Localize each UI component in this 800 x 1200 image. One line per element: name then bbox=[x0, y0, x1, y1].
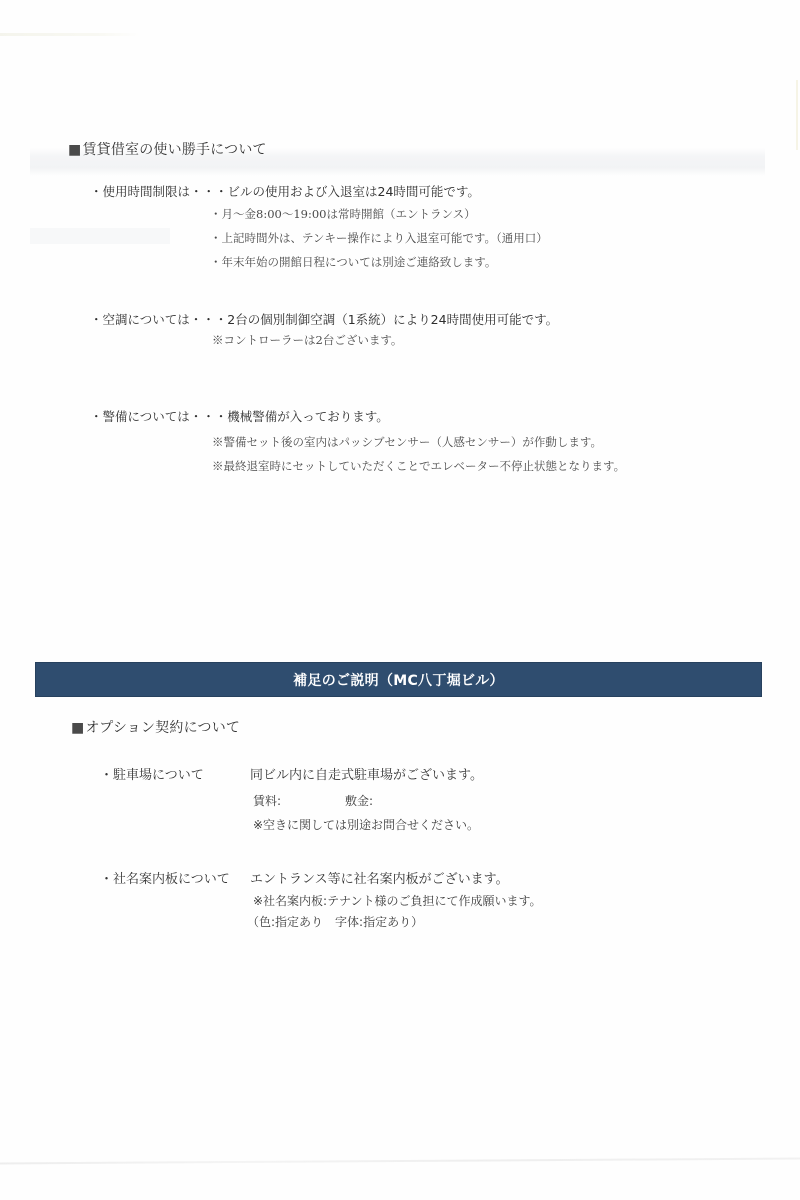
parking-fee-label: 賃料: bbox=[253, 792, 281, 809]
air-conditioning-note: ※コントローラーは2台ございます。 bbox=[212, 332, 402, 348]
bleed-through-mark bbox=[30, 228, 170, 244]
section-heading-text: オプション契約について bbox=[85, 720, 240, 736]
scan-artifact-right bbox=[796, 80, 798, 150]
parking-deposit-label: 敷金: bbox=[345, 792, 373, 809]
square-bullet-icon: ■ bbox=[68, 142, 81, 158]
banner-title: 補足のご説明（MC八丁堀ビル） bbox=[293, 670, 504, 690]
usage-hours-note-holidays: ・年末年始の開館日程については別途ご連絡致します。 bbox=[210, 254, 496, 270]
security-note-sensor: ※警備セット後の室内はパッシブセンサー（人感センサー）が作動します。 bbox=[212, 434, 602, 450]
parking-value: 同ビル内に自走式駐車場がございます。 bbox=[250, 764, 483, 783]
usage-hours-note-afterhours: ・上記時間外は、テンキー操作により入退室可能です。（通用口） bbox=[210, 230, 548, 246]
supplementary-banner: 補足のご説明（MC八丁堀ビル） bbox=[35, 662, 762, 697]
section-heading-text: 賃貸借室の使い勝手について bbox=[82, 142, 266, 158]
parking-label: ・駐車場について bbox=[100, 764, 204, 783]
square-bullet-icon: ■ bbox=[71, 720, 84, 736]
signboard-label: ・社名案内板について bbox=[100, 868, 230, 887]
air-conditioning-item: ・空調については・・・2台の個別制御空調（1系統）により24時間使用可能です。 bbox=[90, 310, 558, 328]
usage-hours-note-weekday: ・月～金8:00～19:00は常時開館（エントランス） bbox=[210, 206, 476, 222]
signboard-spec: （色:指定あり 字体:指定あり） bbox=[247, 913, 423, 930]
signboard-value: エントランス等に社名案内板がございます。 bbox=[250, 868, 509, 887]
document-page: ■賃貸借室の使い勝手について ・使用時間制限は・・・ビルの使用および入退室は24… bbox=[0, 0, 800, 1200]
security-item: ・警備については・・・機械警備が入っております。 bbox=[90, 407, 389, 425]
signboard-note: ※社名案内板:テナント様のご負担にて作成願います。 bbox=[253, 892, 542, 909]
security-note-elevator: ※最終退室時にセットしていただくことでエレベーター不停止状態となります。 bbox=[212, 458, 625, 474]
scan-artifact-top bbox=[0, 33, 140, 36]
scan-artifact-bottom bbox=[0, 1158, 800, 1165]
section-heading-options: ■オプション契約について bbox=[71, 717, 240, 737]
section-heading-room-usage: ■賃貸借室の使い勝手について bbox=[68, 139, 267, 159]
usage-hours-item: ・使用時間制限は・・・ビルの使用および入退室は24時間可能です。 bbox=[90, 182, 480, 200]
parking-note: ※空きに関しては別途お問合せください。 bbox=[253, 816, 479, 833]
